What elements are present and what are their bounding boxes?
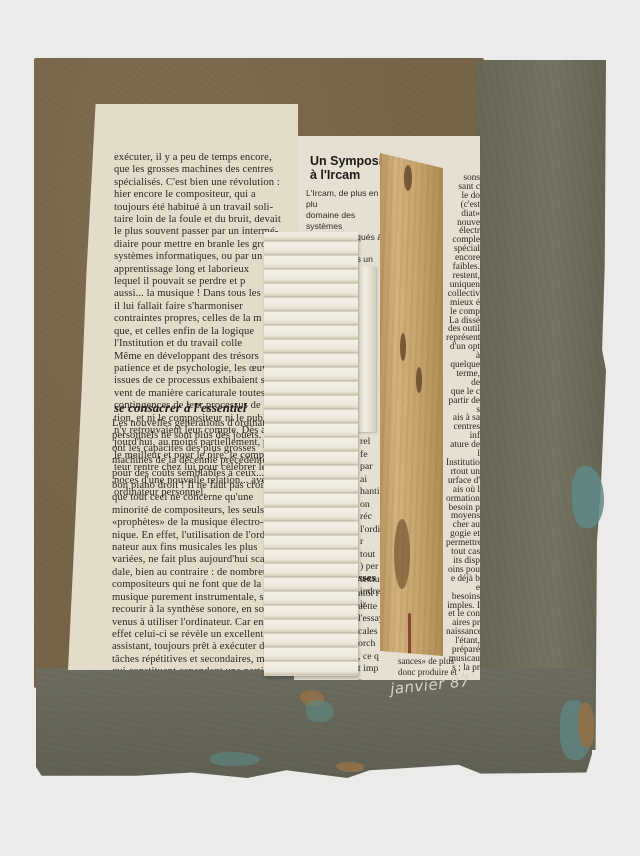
wood-knot [400,333,406,361]
wood-crack [408,613,411,655]
white-card-strip [356,266,376,432]
middle-text-fragment-2: ntôt r uette l'essay cales orch , ce q t… [358,588,380,680]
tan-paint-patch [578,702,594,748]
wood-knot [416,367,422,393]
blue-paint-patch [210,752,260,766]
wood-knot [404,165,412,191]
corrugated-paper-panel [264,232,358,676]
grey-board-right [476,60,606,750]
grey-board-bottom [36,668,592,778]
wooden-stick [380,153,443,656]
middle-subheading-fragment: sses [358,572,376,584]
edge-column-text: sons sant c le do (c'est diat» nouve éle… [446,174,480,674]
wood-stain [394,519,410,589]
article-subheading: se consacrer à l'essentiel [114,400,247,416]
blue-paint-patch [306,700,334,722]
